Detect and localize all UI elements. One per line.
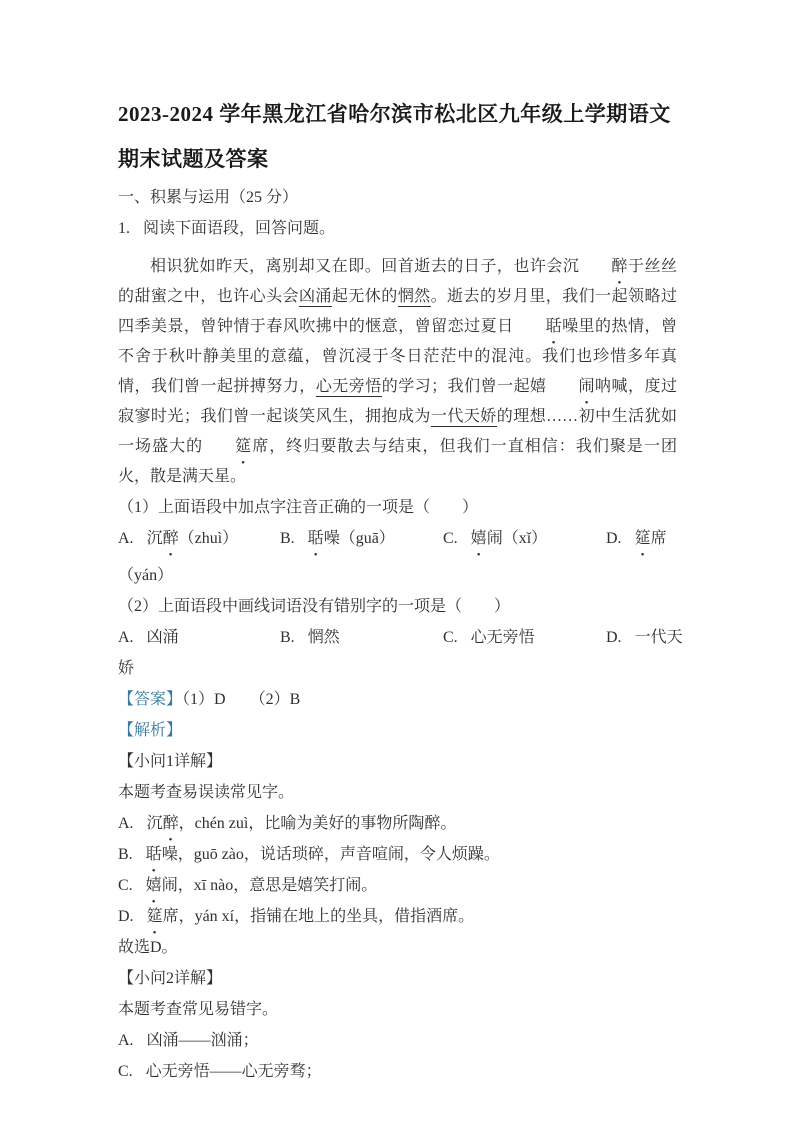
item-b-label: B.	[118, 846, 133, 863]
item-a-label: A.	[118, 815, 134, 832]
item-b-text: 聒噪，guō zào，说话琐碎，声音喧闹，令人烦躁。	[146, 846, 500, 863]
correction-c-label: C.	[118, 1063, 133, 1080]
q1-option-d: D.筵席	[606, 523, 667, 554]
item-d-text: 筵席，yán xí，指铺在地上的坐具，借指酒席。	[147, 908, 475, 925]
option-d-label: D.	[606, 629, 622, 646]
option-d-text: 一代天	[635, 629, 683, 646]
sub-question-1-prompt: （1）上面语段中加点字注音正确的一项是（ ）	[118, 492, 677, 523]
item-c-label: C.	[118, 877, 133, 894]
explanation-item-b: B.聒噪，guō zào，说话琐碎，声音喧闹，令人烦躁。	[118, 839, 677, 870]
q2-option-d: D.一代天	[606, 622, 683, 653]
option-a-text: 沉醉（zhuì）	[147, 530, 239, 547]
question-1-stem-text: 阅读下面语段，回答问题。	[143, 220, 335, 237]
correction-a-text: 凶涌——汹涌；	[147, 1032, 259, 1049]
detail-2-intro: 本题考查常见易错字。	[118, 994, 677, 1025]
q1-option-a: A.沉醉（zhuì）	[118, 523, 238, 554]
option-b-label: B.	[280, 629, 295, 646]
option-a-text: 凶涌	[147, 629, 179, 646]
q2-option-c: C.心无旁悟	[443, 622, 535, 653]
sub-question-1-options: A.沉醉（zhuì） B.聒噪（guā） C.嬉闹（xǐ） D.筵席	[118, 523, 677, 554]
detail-1-intro: 本题考查易误读常见字。	[118, 777, 677, 808]
correction-c-text: 心无旁悟——心无旁骛；	[146, 1063, 322, 1080]
answer-line: 【答案】（1）D （2）B	[118, 684, 677, 715]
option-a-label: A.	[118, 530, 134, 547]
sub-question-2-options: A.凶涌 B.惘然 C.心无旁悟 D.一代天	[118, 622, 677, 653]
option-c-label: C.	[443, 629, 458, 646]
question-1-number: 1.	[118, 220, 130, 237]
exam-document-page: 2023-2024 学年黑龙江省哈尔滨市松北区九年级上学期语文 期末试题及答案 …	[0, 0, 793, 1122]
explanation-item-c: C.嬉闹，xī nào，意思是嬉笑打闹。	[118, 870, 677, 901]
option-b-text: 聒噪（guā）	[308, 530, 395, 547]
option-d-pinyin-continuation: （yán）	[118, 560, 677, 591]
document-title-line1: 2023-2024 学年黑龙江省哈尔滨市松北区九年级上学期语文	[118, 92, 677, 137]
q1-option-b: B.聒噪（guā）	[280, 523, 395, 554]
item-a-text: 沉醉，chén zuì，比喻为美好的事物所陶醉。	[147, 815, 457, 832]
item-d-label: D.	[118, 908, 134, 925]
analysis-line: 【解析】	[118, 715, 677, 746]
option-c-label: C.	[443, 530, 458, 547]
reading-passage: 相识犹如昨天，离别却又在即。回首逝去的日子，也许会沉醉于丝丝的甜蜜之中，也许心头…	[118, 252, 677, 492]
option-c-text: 心无旁悟	[471, 629, 535, 646]
q1-option-c: C.嬉闹（xǐ）	[443, 523, 547, 554]
detail-1-heading: 【小问1详解】	[118, 746, 677, 777]
document-title: 2023-2024 学年黑龙江省哈尔滨市松北区九年级上学期语文 期末试题及答案	[118, 92, 677, 182]
correction-item-a: A.凶涌——汹涌；	[118, 1025, 677, 1056]
correction-a-label: A.	[118, 1032, 134, 1049]
option-b-label: B.	[280, 530, 295, 547]
q2-option-a: A.凶涌	[118, 622, 179, 653]
document-content: 2023-2024 学年黑龙江省哈尔滨市松北区九年级上学期语文 期末试题及答案 …	[118, 92, 677, 1087]
sub-question-2-prompt: （2）上面语段中画线词语没有错别字的一项是（ ）	[118, 591, 677, 622]
detail-1-conclusion: 故选D。	[118, 932, 677, 963]
document-title-line2: 期末试题及答案	[118, 137, 677, 182]
answer-label: 【答案】	[118, 691, 182, 708]
correction-item-c: C.心无旁悟——心无旁骛；	[118, 1056, 677, 1087]
option-a-label: A.	[118, 629, 134, 646]
detail-2-heading: 【小问2详解】	[118, 963, 677, 994]
option-c-text: 嬉闹（xǐ）	[471, 530, 547, 547]
answer-text: （1）D （2）B	[182, 691, 300, 708]
section-heading: 一、积累与运用（25 分）	[118, 182, 677, 213]
explanation-item-d: D.筵席，yán xí，指铺在地上的坐具，借指酒席。	[118, 901, 677, 932]
item-c-text: 嬉闹，xī nào，意思是嬉笑打闹。	[146, 877, 378, 894]
option-b-text: 惘然	[308, 629, 340, 646]
option-d-text: 筵席	[635, 530, 667, 547]
analysis-label: 【解析】	[118, 722, 182, 739]
question-1-stem: 1.阅读下面语段，回答问题。	[118, 213, 677, 244]
option-d-word-continuation: 娇	[118, 653, 677, 684]
option-d-label: D.	[606, 530, 622, 547]
explanation-item-a: A.沉醉，chén zuì，比喻为美好的事物所陶醉。	[118, 808, 677, 839]
q2-option-b: B.惘然	[280, 622, 340, 653]
